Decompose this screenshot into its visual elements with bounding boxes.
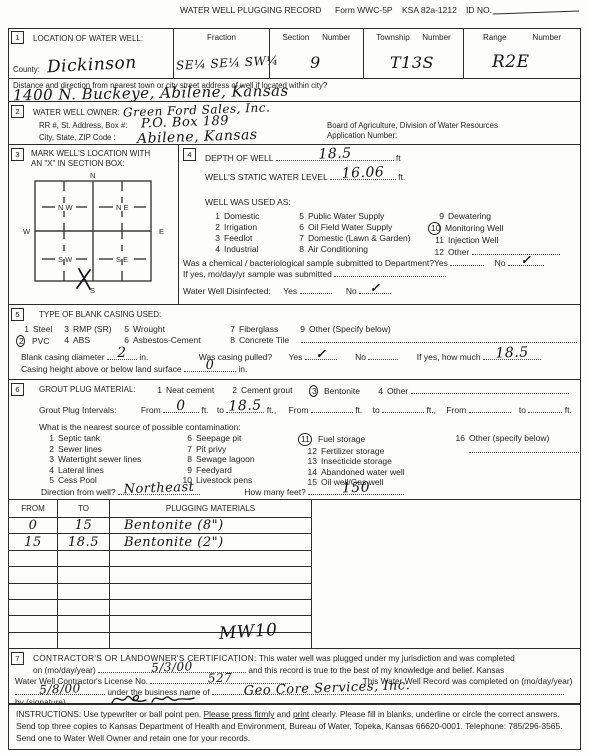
sample-date-line: If yes, mo/day/yr sample was submitted [183, 268, 446, 279]
use-monitoring-well: Monitoring Well [445, 223, 503, 233]
compass-n-label: N [90, 171, 95, 180]
license-label: Water Well Contractor's License No. [15, 676, 148, 686]
cert-title: CONTRACTOR'S OR LANDOWNER'S CERTIFICATIO… [33, 653, 257, 663]
static-unit: ft. [398, 172, 405, 182]
header-to: TO [57, 500, 109, 517]
direction-line: Direction from well? Northeast How many … [41, 486, 404, 497]
id-no-blank-line [493, 10, 579, 14]
section-6-number-box: 6 [11, 383, 24, 396]
disinfected-yes-label: Yes [283, 286, 297, 296]
table-row: 15 18.5 Bentonite (2") [9, 533, 311, 549]
sample-no-checkmark: ✓ [520, 253, 531, 267]
from2-unit: ft. [355, 405, 362, 415]
grout-other-blank [411, 385, 569, 394]
contam-livestock-pens: Livestock pens [196, 475, 252, 485]
casing-2-circled: 2 [16, 335, 25, 347]
county-value: Dickinson [47, 53, 138, 78]
from1-value: 0 [176, 398, 186, 414]
section-3-title-line1: MARK WELL'S LOCATION WITH [31, 149, 150, 158]
section-3-location-box: 3 MARK WELL'S LOCATION WITH AN "X" IN SE… [9, 145, 179, 304]
instructions-underlined-1: Please press firmly [204, 709, 275, 719]
use-air-conditioning: Air Conditioning [308, 244, 368, 254]
use-injection-well: Injection Well [448, 235, 498, 245]
depth-unit: ft [396, 153, 401, 163]
id-no-label: ID NO. [466, 5, 492, 15]
depth-label: DEPTH OF WELL [205, 153, 273, 163]
used-as-label: WELL WAS USED AS: [205, 197, 291, 207]
from2-label: From [289, 405, 309, 415]
casing-fiberglass: Fiberglass [239, 324, 278, 334]
from3-blank [469, 404, 511, 413]
to2-label: to [373, 405, 380, 415]
section-2-owner: 2 WATER WELL OWNER: Green Ford Sales, In… [9, 101, 580, 144]
form-body: 1 LOCATION OF WATER WELL: County: Dickin… [8, 28, 581, 704]
instructions-underlined-2: print [293, 709, 309, 719]
howmuch-label: If yes, how much [417, 352, 481, 362]
cert-line-2: on (mo/day/year) 5/3/00 and this record … [33, 664, 504, 675]
business-name-blank-2 [444, 686, 564, 695]
section-number-cell: Section Number 9 [269, 29, 363, 78]
section-5-title: TYPE OF BLANK CASING USED: [39, 310, 161, 319]
use-feedlot: Feedlot [224, 233, 252, 243]
contamination-column-2: 6Seepage pit 7Pit privy 8Sewage lagoon 9… [179, 433, 255, 486]
grout-cement-grout: Cement grout [241, 385, 293, 395]
use-other: Other [448, 247, 469, 257]
from2-blank [311, 404, 353, 413]
use-10-circled: 10 [428, 222, 441, 235]
uses-column-2: 5Public Water Supply 6Oil Field Water Su… [291, 211, 411, 255]
compass-s-label: S [90, 286, 95, 295]
to1-value: 18.5 [229, 397, 263, 414]
feet-value: 150 [342, 480, 371, 497]
quadrant-nw-label: N W [58, 203, 74, 212]
section-5-casing: 5 TYPE OF BLANK CASING USED: 1Steel 3RMP… [9, 304, 580, 379]
range-value: R2E [492, 52, 530, 72]
pulled-yes-checkmark: ✓ [315, 347, 326, 361]
section-4-number-box: 4 [183, 148, 196, 161]
cert-text-2: and this record is true to the best of m… [248, 665, 504, 675]
diameter-unit: in. [139, 352, 148, 362]
to3-unit: ft. [565, 405, 572, 415]
grout-intervals-line: Grout Plug Intervals: From 0 ft. to 18.5… [39, 404, 572, 415]
table-row [9, 599, 311, 615]
section-6-grout: 6 GROUT PLUG MATERIAL: 1Neat cement 2Cem… [9, 379, 580, 499]
township-cell: Township Number T13S [363, 29, 463, 78]
contam-fuel-storage: Fuel storage [318, 434, 365, 444]
section-3-4-row: 3 MARK WELL'S LOCATION WITH AN "X" IN SE… [9, 144, 580, 304]
disinfected-no-blank: ✓ [359, 285, 391, 294]
depth-of-well-line: DEPTH OF WELL 18.5 ft [205, 152, 401, 163]
to1-unit: ft., [267, 405, 276, 415]
table-row [9, 583, 311, 599]
casing-steel: Steel [33, 324, 52, 334]
casing-other-blank [301, 334, 577, 343]
table-row [9, 550, 311, 566]
casing-other: Other (Specify below) [309, 324, 391, 334]
section-grid-diagram: N S W E N W N E S W S E [19, 171, 171, 303]
use-oil-field: Oil Field Water Supply [308, 222, 392, 232]
contam-11-circled: 11 [298, 433, 312, 446]
grout-bentonite: Bentonite [324, 386, 360, 396]
contam-other-blank [469, 444, 581, 453]
instructions-box: INSTRUCTIONS: Use typewriter or ball poi… [8, 704, 581, 750]
completed-date-value: 5/3/00 [151, 659, 193, 674]
howmuch-value: 18.5 [495, 344, 529, 361]
range-cell: Range Number R2E [463, 29, 580, 78]
contamination-column-4: 16Other (specify below) [449, 433, 581, 455]
section-6-title: GROUT PLUG MATERIAL: [39, 385, 136, 394]
pulled-yes-blank: ✓ [305, 351, 337, 360]
section-3-number-box: 3 [11, 148, 24, 161]
uses-column-1: 1Domestic 2Irrigation 3Feedlot 4Industri… [207, 211, 259, 255]
from1-blank: 0 [163, 404, 199, 413]
use-other-blank [472, 246, 560, 255]
township-number-label: Number [422, 33, 450, 42]
contam-seepage-pit: Seepage pit [196, 433, 241, 443]
form-number: Form WWC-5P [335, 5, 393, 15]
from1-label: From [141, 405, 161, 415]
quadrant-se-label: S E [116, 255, 128, 264]
to1-blank: 18.5 [226, 404, 264, 413]
to2-unit: ft., [427, 405, 436, 415]
sample-no-label: No [495, 258, 506, 268]
sample-question-line: Was a chemical / bacteriological sample … [183, 257, 544, 268]
quadrant-ne-label: N E [116, 203, 129, 212]
fraction-value: SE¼ SE¼ SW¼ [176, 53, 279, 72]
application-number-label: Application Number: [327, 131, 397, 140]
section-1-number-box: 1 [11, 31, 24, 44]
disinfected-no-label: No [346, 286, 357, 296]
depth-value: 18.5 [318, 145, 352, 162]
owner-label: WATER WELL OWNER: [33, 108, 120, 117]
fraction-label: Fraction [174, 29, 269, 42]
contam-watertight-sewer: Watertight sewer lines [58, 454, 141, 464]
casing-concrete: Concrete Tile [239, 335, 289, 345]
diameter-label: Blank casing diameter [21, 352, 105, 362]
direction-label: Direction from well? [41, 487, 116, 497]
section-1-columns: 1 LOCATION OF WATER WELL: County: Dickin… [9, 29, 580, 79]
record-date-blank: 5/8/00 [15, 686, 105, 695]
section-1-county-cell: 1 LOCATION OF WATER WELL: County: Dickin… [9, 29, 173, 78]
sample-date-question: If yes, mo/day/yr sample was submitted [183, 269, 332, 279]
use-public-water: Public Water Supply [308, 211, 384, 221]
quadrant-sw-label: S W [58, 255, 73, 264]
form-title: WATER WELL PLUGGING RECORD [180, 5, 321, 15]
business-name-blank: Geo Core Services, Inc. [212, 686, 442, 695]
grout-neat-cement: Neat cement [166, 385, 214, 395]
table-row [9, 566, 311, 582]
cert-line-1: CONTRACTOR'S OR LANDOWNER'S CERTIFICATIO… [33, 653, 515, 663]
diameter-value: 2 [117, 345, 127, 361]
pulled-no-label: No [355, 352, 366, 362]
cert-text-1: This water well was plugged under my jur… [259, 653, 515, 663]
header-from: FROM [9, 500, 57, 517]
to3-blank [528, 404, 562, 413]
section-number-value: 9 [310, 53, 321, 72]
completed-on-label: on (mo/day/year) [33, 665, 96, 675]
range-number-label: Number [533, 33, 561, 42]
sample-yes-label: Yes [434, 258, 448, 268]
diameter-blank: 2 [107, 351, 137, 360]
sample-yes-blank [450, 257, 484, 266]
casing-diameter-line: Blank casing diameter 2 in. Was casing p… [21, 351, 541, 362]
section-1-title: LOCATION OF WATER WELL: [33, 34, 143, 43]
to2-blank [382, 404, 424, 413]
casing-height-unit: in. [238, 364, 247, 374]
instructions-text-2: and [277, 709, 291, 719]
compass-e-label: E [159, 227, 164, 236]
contam-sewer-lines: Sewer lines [58, 444, 102, 454]
static-blank: 16.06 [330, 171, 396, 180]
compass-w-label: W [23, 227, 31, 236]
sample-question: Was a chemical / bacteriological sample … [183, 258, 434, 268]
static-water-level-line: WELL'S STATIC WATER LEVEL 16.06 ft. [205, 171, 405, 182]
section-4-well-details: 4 DEPTH OF WELL 18.5 ft WELL'S STATIC WA… [179, 145, 580, 304]
section-3-title-line2: AN "X" IN SECTION BOX: [31, 159, 125, 168]
casing-abs: ABS [73, 335, 90, 345]
casing-height-line: Casing height above or below land surfac… [21, 363, 247, 374]
contam-insecticide-storage: Insecticide storage [321, 456, 392, 466]
disinfected-label: Water Well Disinfected: [183, 286, 271, 296]
well-location-x-mark [77, 269, 90, 289]
contam-cess-pool: Cess Pool [58, 475, 97, 485]
disinfected-no-checkmark: ✓ [370, 281, 381, 295]
use-domestic: Domestic [224, 211, 259, 221]
static-value: 16.06 [341, 164, 384, 181]
uses-column-3: 9Dewatering 10Monitoring Well 11Injectio… [431, 211, 560, 258]
header-materials: PLUGGING MATERIALS [109, 500, 311, 517]
to3-label: to [519, 405, 526, 415]
table-row: 0 15 Bentonite (8") [9, 517, 311, 533]
casing-wrought: Wrought [133, 324, 165, 334]
casing-pvc: PVC [32, 336, 49, 346]
feet-blank: 150 [308, 486, 404, 495]
casing-rmp: RMP (SR) [73, 324, 112, 334]
contam-fertilizer-storage: Fertilizer storage [321, 446, 384, 456]
casing-asbestos: Asbestos-Cement [133, 335, 201, 345]
contamination-column-1: 1Septic tank 2Sewer lines 3Watertight se… [41, 433, 141, 486]
record-date-value: 5/8/00 [39, 681, 81, 696]
from3-label: From [446, 405, 466, 415]
casing-height-blank: 0 [184, 363, 236, 372]
plugging-table-header: FROM TO PLUGGING MATERIALS [9, 500, 311, 517]
howmuch-blank: 18.5 [483, 351, 541, 360]
pulled-no-blank [368, 351, 398, 360]
disinfected-line: Water Well Disinfected: Yes No ✓ [183, 285, 391, 296]
use-industrial: Industrial [224, 244, 259, 254]
section-7-certification: 7 CONTRACTOR'S OR LANDOWNER'S CERTIFICAT… [9, 648, 580, 703]
direction-blank: Northeast [118, 486, 200, 495]
sample-no-blank: ✓ [508, 257, 544, 266]
grout-other: Other [387, 386, 408, 396]
feet-label: How many feet? [244, 487, 305, 497]
owner-city-label: City, State, ZIP Code : [39, 133, 116, 142]
instructions-label: INSTRUCTIONS: [16, 709, 81, 719]
township-value: T13S [390, 53, 434, 72]
contam-sewage-lagoon: Sewage lagoon [196, 454, 255, 464]
intervals-label: Grout Plug Intervals: [39, 405, 116, 415]
use-dewatering: Dewatering [448, 211, 491, 221]
owner-address-label: RR #, St. Address, Box #: [39, 121, 127, 130]
pulled-yes-label: Yes [289, 352, 303, 362]
county-label: County: [13, 65, 40, 74]
section-label: Section [282, 33, 309, 42]
range-label: Range [483, 33, 507, 42]
contam-lateral-lines: Lateral lines [58, 465, 104, 475]
contam-pit-privy: Pit privy [196, 444, 226, 454]
direction-value: Northeast [123, 480, 194, 497]
well-id-annotation: MW10 [218, 620, 278, 644]
section-7-number-box: 7 [11, 652, 24, 665]
use-irrigation: Irrigation [224, 222, 257, 232]
to1-label: to [217, 405, 224, 415]
contamination-question: What is the nearest source of possible c… [39, 422, 241, 432]
water-well-plugging-record-form: WATER WELL PLUGGING RECORD Form WWC-5P K… [0, 0, 589, 753]
fraction-cell: Fraction SE¼ SE¼ SW¼ [173, 29, 269, 78]
from1-unit: ft. [201, 405, 208, 415]
township-label: Township [376, 33, 409, 42]
static-label: WELL'S STATIC WATER LEVEL [205, 172, 327, 182]
casing-height-value: 0 [205, 358, 214, 373]
instructions-text-1: Use typewriter or ball point pen. [83, 709, 201, 719]
section-number-label: Number [322, 33, 350, 42]
plugging-table-section: FROM TO PLUGGING MATERIALS 0 15 Bentonit… [9, 499, 580, 648]
casing-height-label: Casing height above or below land surfac… [21, 364, 182, 374]
board-of-agriculture-line1: Board of Agriculture, Division of Water … [327, 121, 498, 130]
section-5-number-box: 5 [11, 308, 24, 321]
use-lawn-garden: Domestic (Lawn & Garden) [308, 233, 411, 243]
disinfected-yes-blank [300, 285, 332, 294]
contam-septic-tank: Septic tank [58, 433, 100, 443]
license-value: 527 [208, 671, 233, 686]
depth-blank: 18.5 [276, 152, 394, 161]
section-2-number-box: 2 [11, 105, 24, 118]
sample-date-blank [334, 268, 446, 277]
contam-other: Other (specify below) [469, 433, 549, 443]
grout-3-circled: 3 [309, 385, 318, 397]
contam-abandoned-well: Abandoned water well [321, 467, 405, 477]
contam-feedyard: Feedyard [196, 465, 232, 475]
section-1-location: 1 LOCATION OF WATER WELL: County: Dickin… [9, 29, 580, 101]
ksa-statute: KSA 82a-1212 [402, 5, 457, 15]
